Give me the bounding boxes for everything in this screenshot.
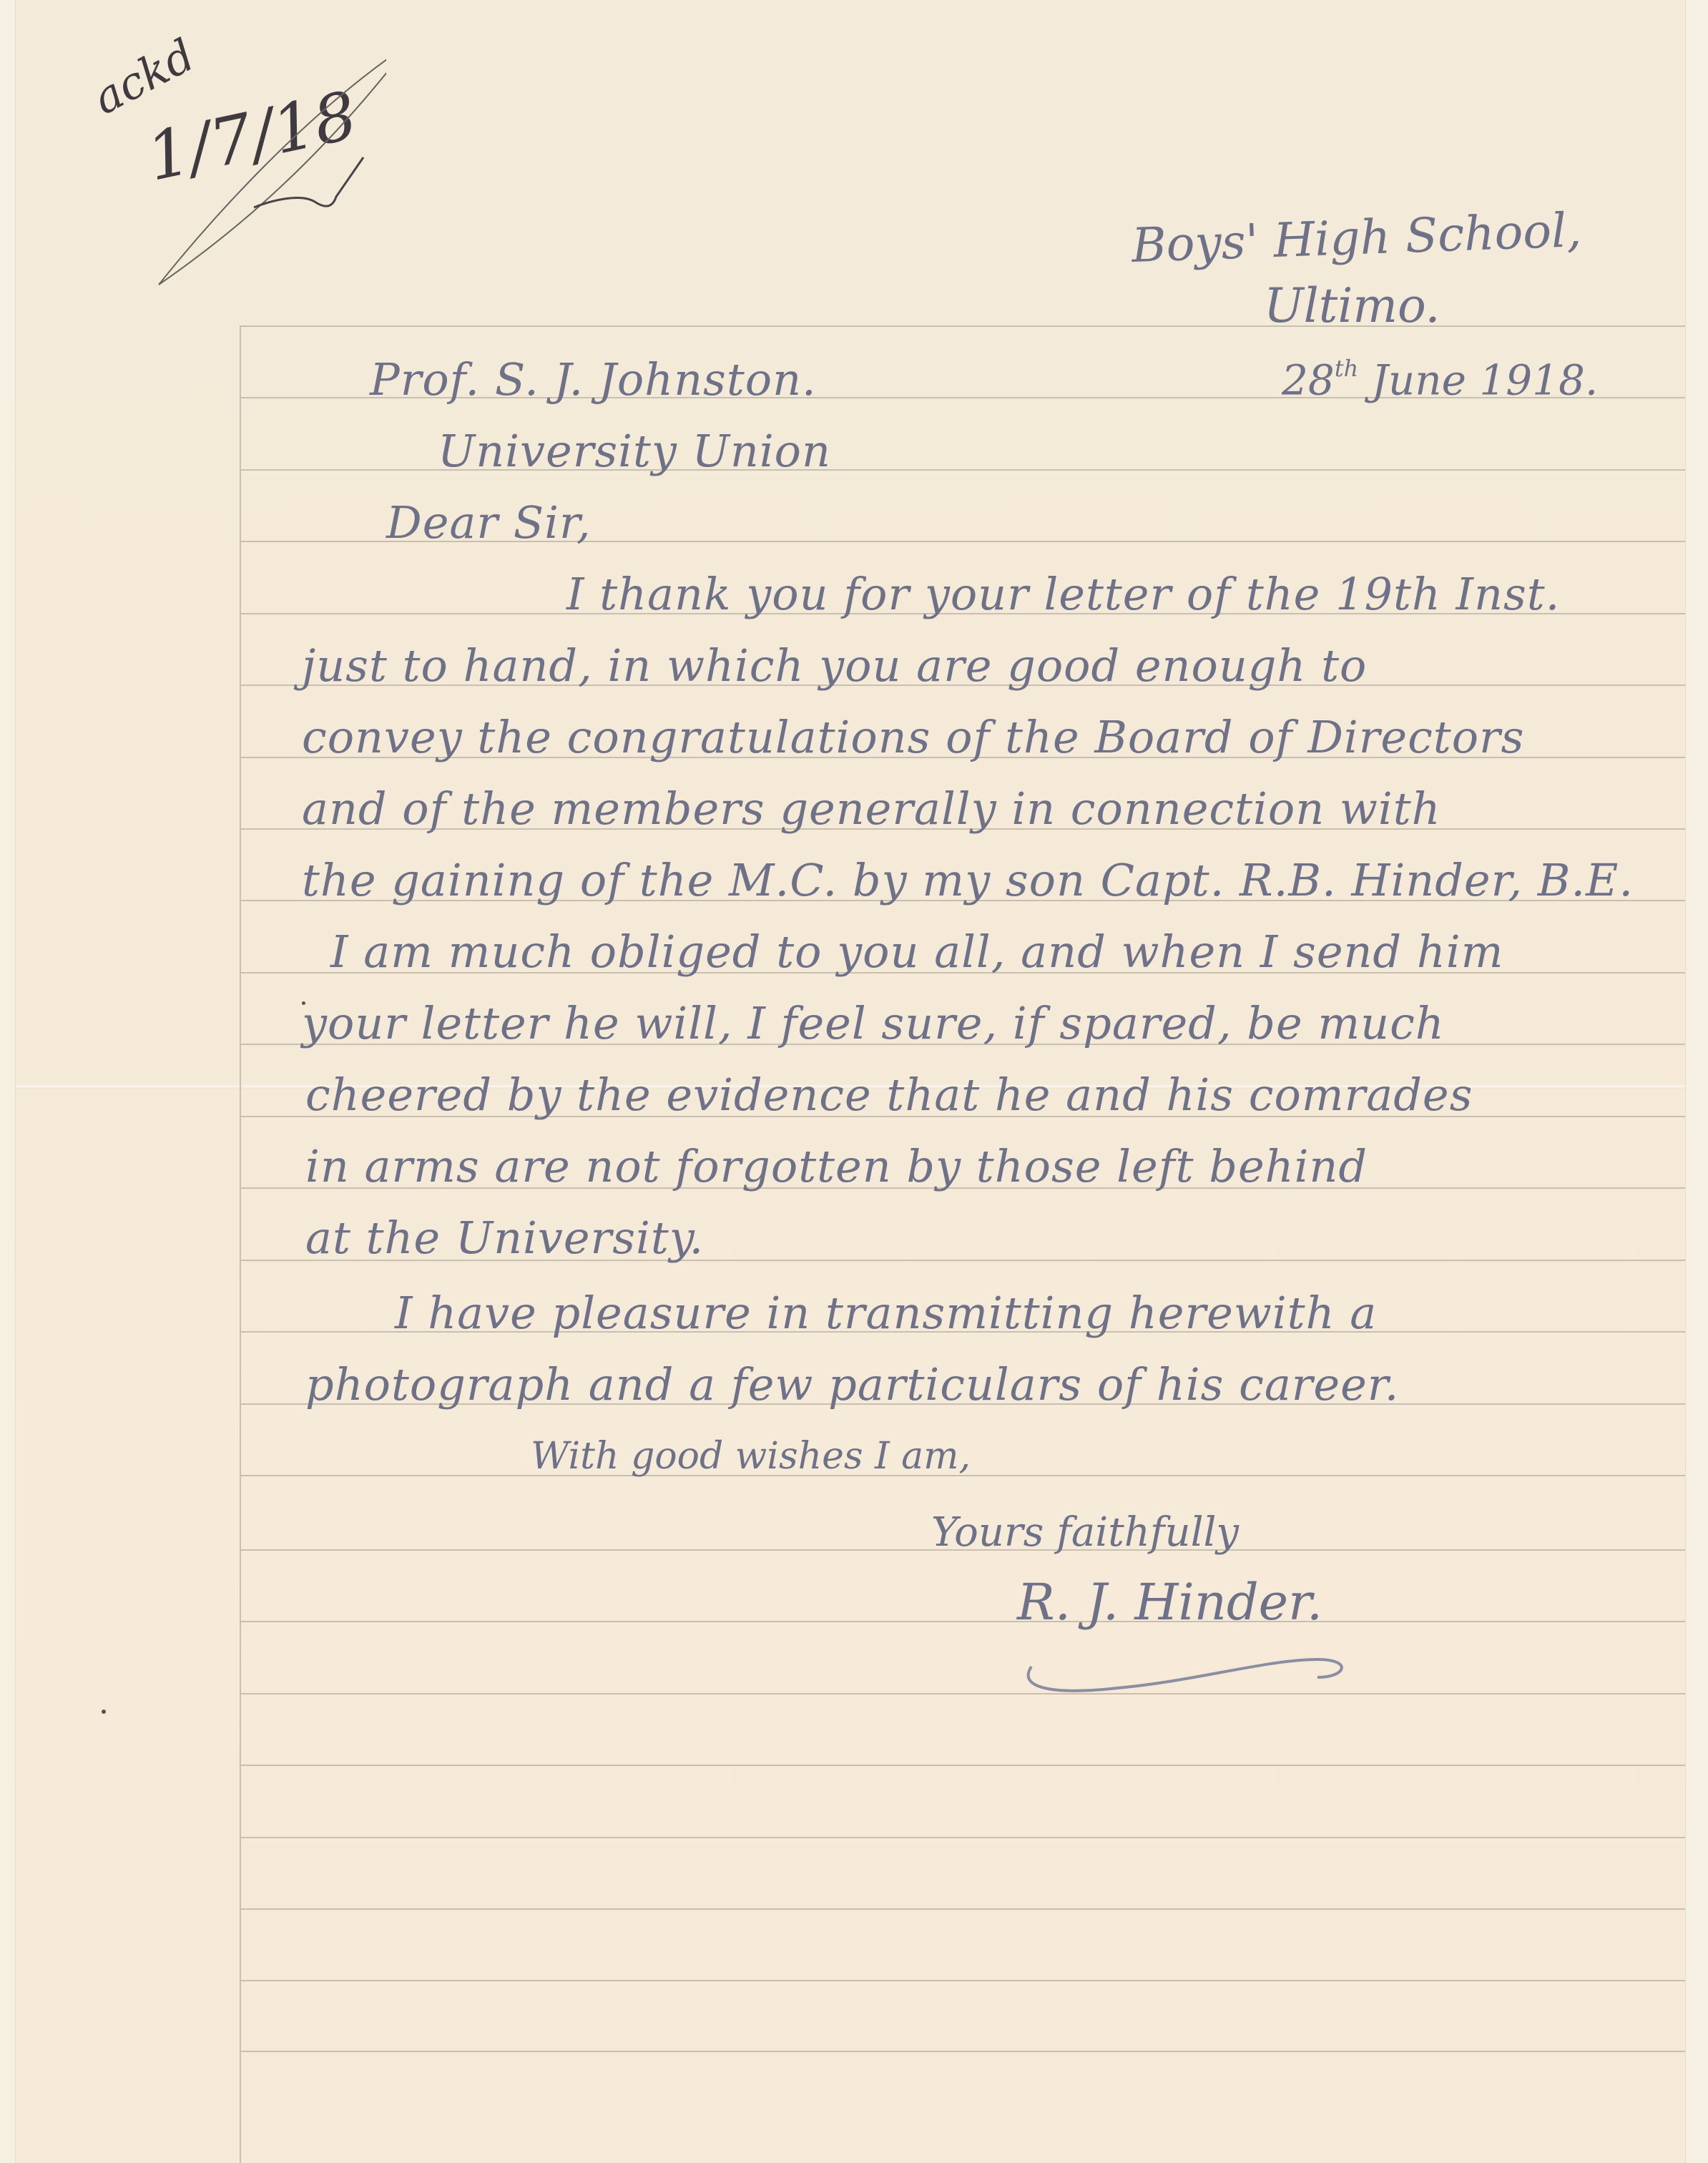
letter-date: 28th June 1918. <box>1282 358 1598 401</box>
ink-speck <box>302 1001 305 1005</box>
ruled-line <box>240 1980 1685 1981</box>
date-suffix: th <box>1335 355 1358 382</box>
ink-speck <box>102 1710 106 1714</box>
salutation: Dear Sir, <box>386 501 592 545</box>
ruled-line <box>240 2051 1685 2052</box>
margin-line <box>240 326 241 2163</box>
body-line: convey the congratulations of the Board … <box>302 715 1525 760</box>
body-line: I thank you for your letter of the 19th … <box>566 572 1560 617</box>
ruled-line <box>240 1621 1685 1622</box>
date-month-year: June 1918. <box>1372 356 1599 405</box>
ruled-line <box>240 1908 1685 1910</box>
recipient-name: Prof. S. J. Johnston. <box>370 358 817 402</box>
pencil-tick-mark <box>0 0 386 300</box>
ruled-line <box>240 1765 1685 1766</box>
signature: R. J. Hinder. <box>1017 1577 1322 1627</box>
signature-flourish <box>1010 1638 1382 1702</box>
letter-paper: ackd 1/7/18 Boys' High School, Ultimo. 2… <box>16 0 1685 2163</box>
body-line: photograph and a few particulars of his … <box>305 1363 1399 1407</box>
valediction: Yours faithfully <box>931 1513 1239 1553</box>
address-suburb: Ultimo. <box>1264 283 1440 330</box>
body-line: the gaining of the M.C. by my son Capt. … <box>302 858 1634 903</box>
body-line: your letter he will, I feel sure, if spa… <box>302 1001 1445 1046</box>
ruled-line <box>240 325 1685 327</box>
date-day: 28 <box>1282 356 1335 405</box>
body-line: and of the members generally in connecti… <box>302 787 1441 831</box>
body-line: just to hand, in which you are good enou… <box>302 644 1367 688</box>
body-line-closing: With good wishes I am, <box>531 1438 971 1475</box>
address-school: Boys' High School, <box>1131 207 1582 270</box>
ruled-line <box>240 1693 1685 1694</box>
body-line: I am much obliged to you all, and when I… <box>330 930 1503 974</box>
body-line: cheered by the evidence that he and his … <box>305 1073 1473 1117</box>
body-line: at the University. <box>305 1216 704 1260</box>
body-line: I have pleasure in transmitting herewith… <box>395 1291 1377 1335</box>
ruled-line <box>240 1837 1685 1838</box>
body-line: in arms are not forgotten by those left … <box>305 1144 1368 1189</box>
recipient-organisation: University Union <box>438 429 831 474</box>
